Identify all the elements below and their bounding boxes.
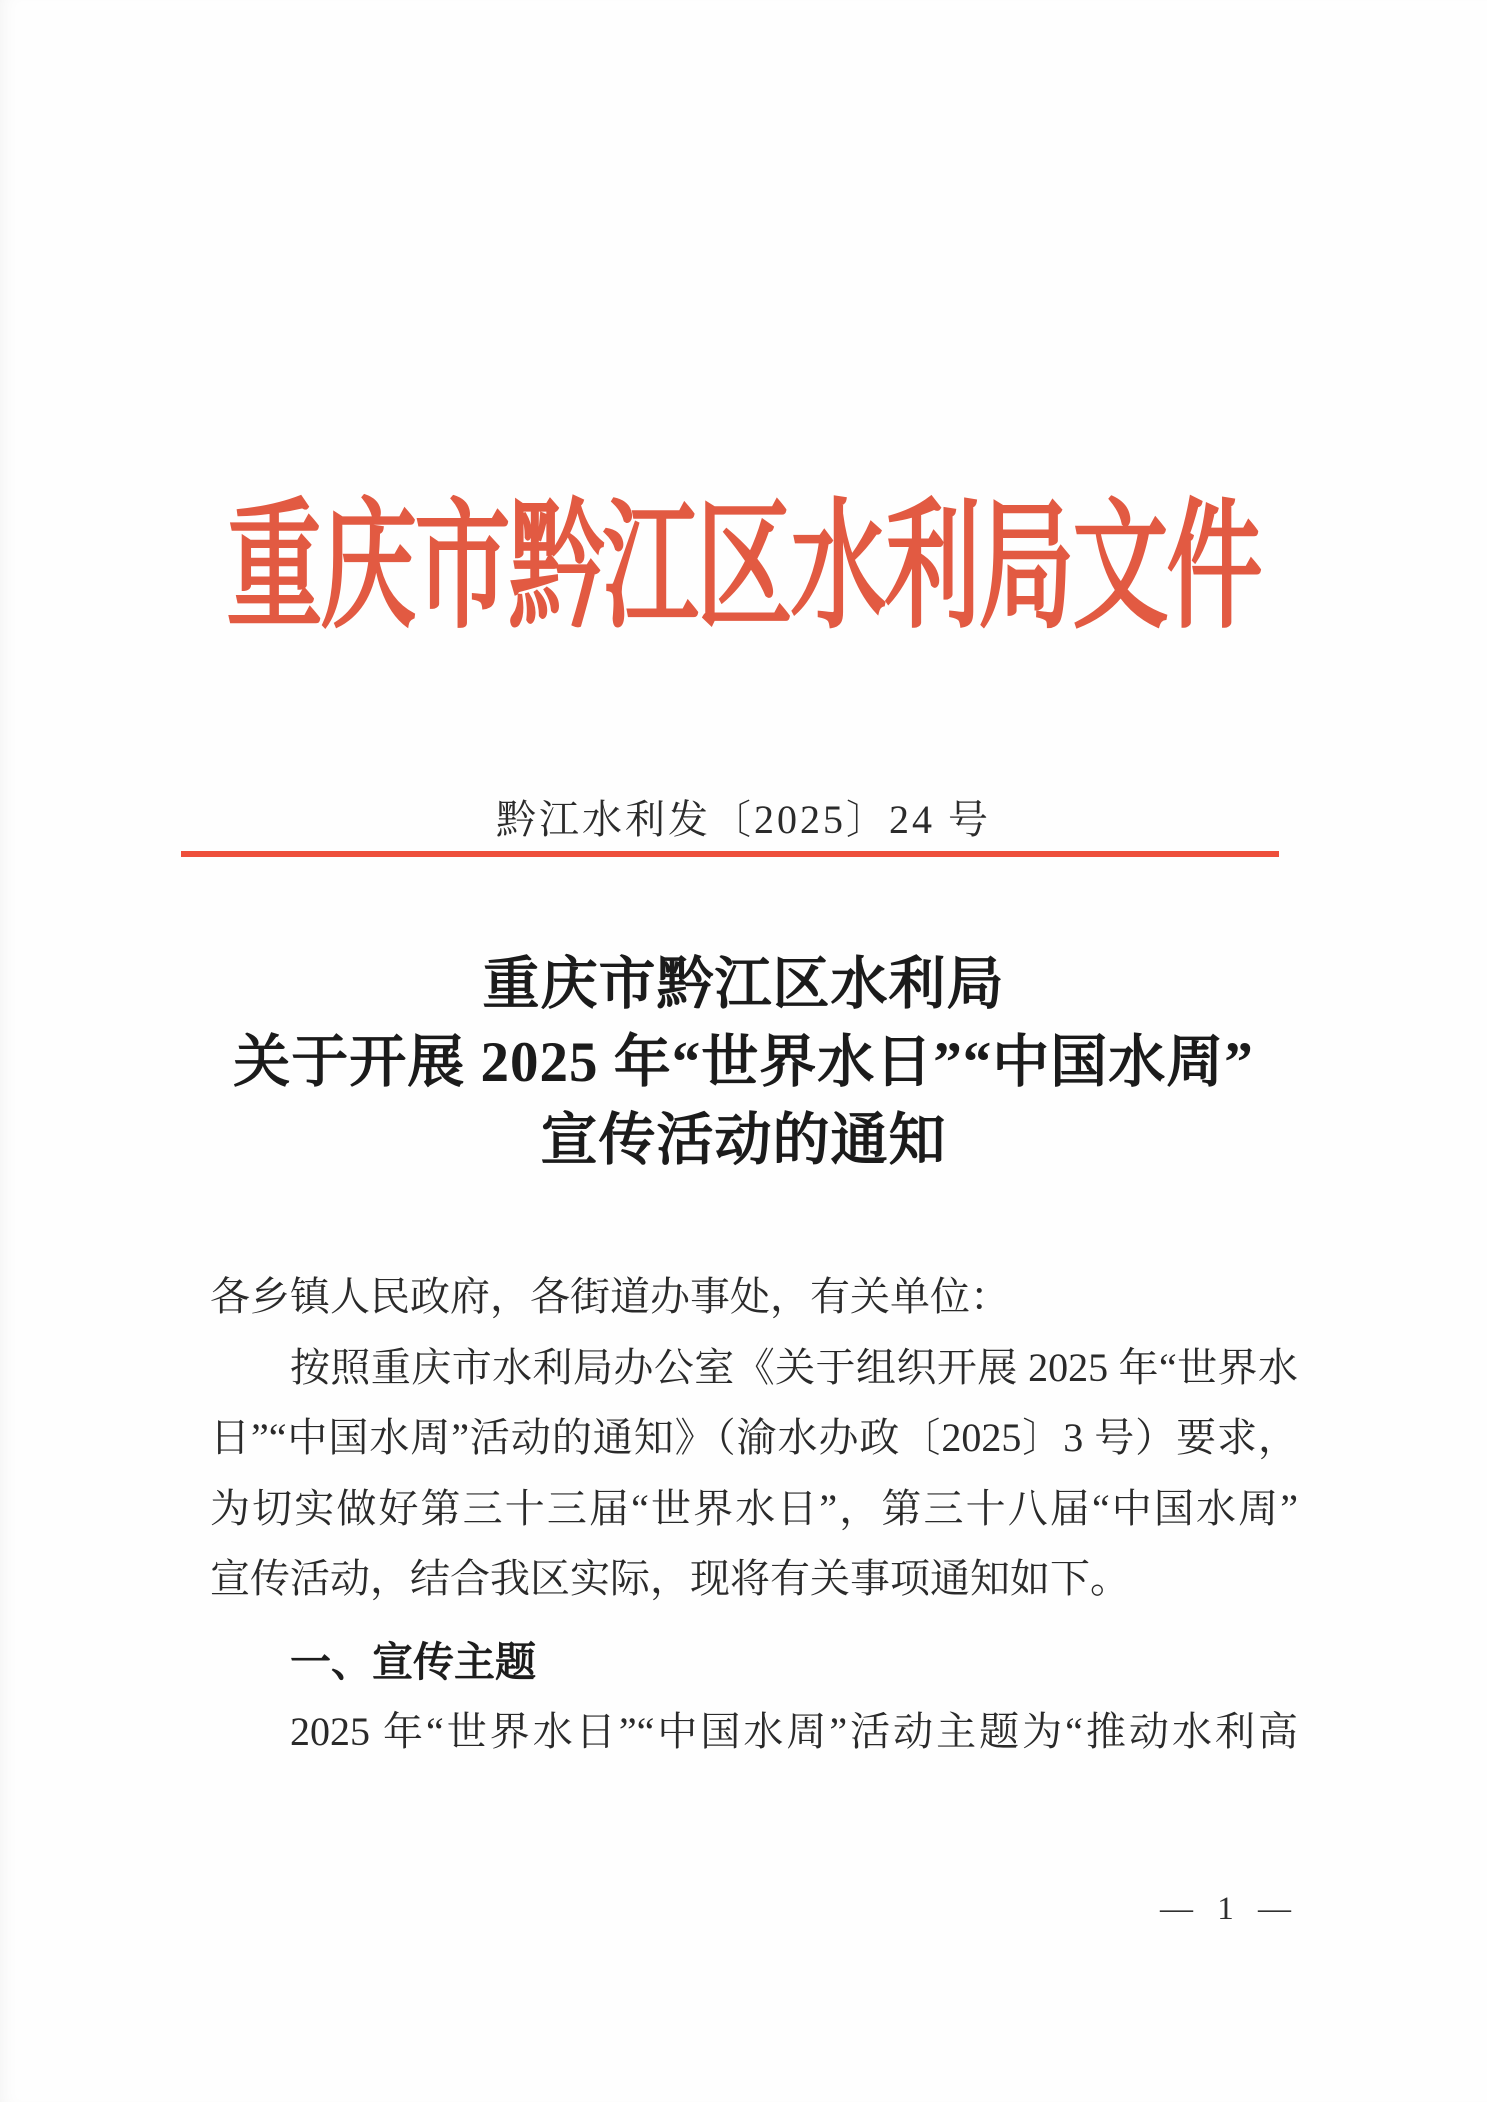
agency-banner-title: 重庆市黔江区水利局文件	[0, 498, 1487, 638]
document-page: 重庆市黔江区水利局文件 黔江水利发〔2025〕24 号 重庆市黔江区水利局 关于…	[0, 0, 1487, 2102]
paragraph-line: 2025 年“世界水日”“中国水周”活动主题为“推动水利高	[210, 1697, 1298, 1768]
paragraph-line: 宣传活动，结合我区实际，现将有关事项通知如下。	[210, 1544, 1298, 1615]
title-line-1: 重庆市黔江区水利局	[0, 946, 1487, 1024]
salutation-line: 各乡镇人民政府，各街道办事处，有关单位：	[210, 1262, 1298, 1333]
document-title: 重庆市黔江区水利局 关于开展 2025 年“世界水日”“中国水周” 宣传活动的通…	[0, 946, 1487, 1180]
title-line-2: 关于开展 2025 年“世界水日”“中国水周”	[0, 1024, 1487, 1102]
title-line-3: 宣传活动的通知	[0, 1102, 1487, 1180]
paragraph-line: 按照重庆市水利局办公室《关于组织开展 2025 年“世界水	[210, 1333, 1298, 1404]
page-number: — 1 —	[1160, 1891, 1299, 1928]
red-divider-line	[181, 851, 1279, 857]
section-heading: 一、宣传主题	[210, 1627, 1298, 1698]
paragraph-line: 日”“中国水周”活动的通知》（渝水办政〔2025〕3 号）要求，	[210, 1403, 1298, 1474]
document-number: 黔江水利发〔2025〕24 号	[0, 797, 1487, 843]
document-body: 各乡镇人民政府，各街道办事处，有关单位： 按照重庆市水利局办公室《关于组织开展 …	[210, 1262, 1298, 1768]
paragraph-line: 为切实做好第三十三届“世界水日”，第三十八届“中国水周”	[210, 1474, 1298, 1545]
